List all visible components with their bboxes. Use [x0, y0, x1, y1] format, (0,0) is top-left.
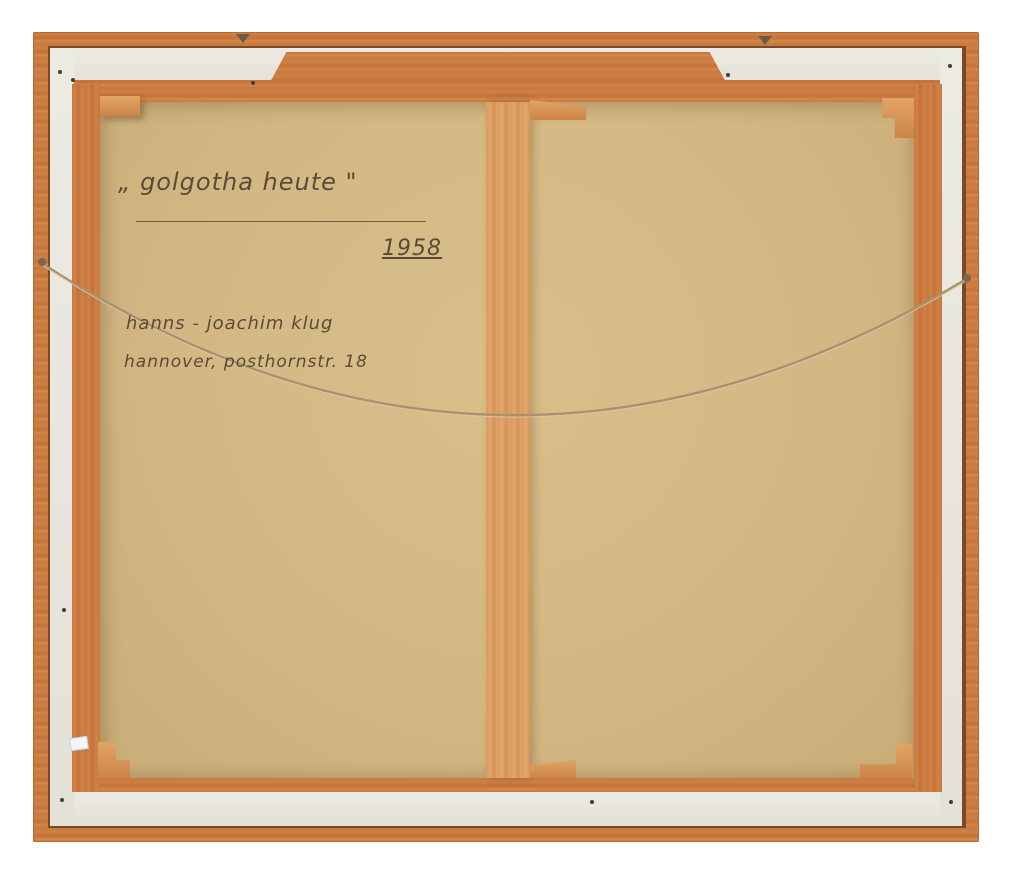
hanging-string [0, 0, 1011, 872]
inscription-underline [136, 221, 426, 222]
label-sticker [69, 736, 89, 751]
inscription-artist: hanns - joachim klug [126, 313, 333, 334]
photo: „ golgotha heute " 1958 hanns - joachim … [0, 0, 1011, 872]
inscription-title: „ golgotha heute " [118, 168, 358, 196]
inscription-address: hannover, posthornstr. 18 [124, 352, 368, 372]
inscription-year: 1958 [382, 236, 442, 261]
